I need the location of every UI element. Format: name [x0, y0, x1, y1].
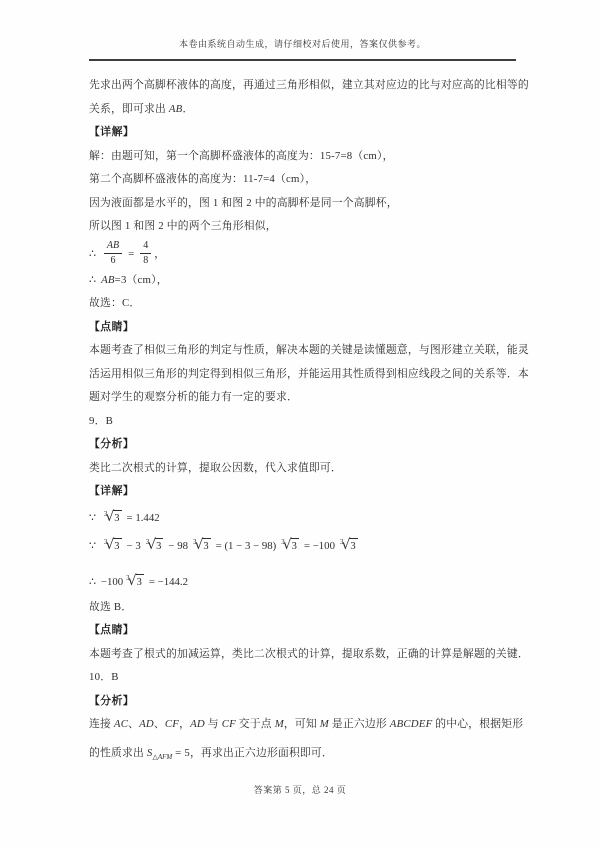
text-segment: − 3 [127, 540, 141, 552]
text-segment: 的中心，根据矩形 [432, 718, 523, 730]
text-segment: = 5，再求出正六边形面积即可． [172, 747, 333, 759]
cube-root-of-3: 3√3 [281, 538, 299, 553]
note1-line-3: 题对学生的观察分析的能力有一定的要求． [89, 386, 516, 410]
question-10-answer: 10．B [89, 666, 516, 690]
radicand: 3 [113, 510, 121, 525]
text-segment: 、 [154, 718, 165, 730]
choose-answer-c: 故选：C． [89, 292, 516, 316]
text-segment: 与 [205, 718, 222, 730]
text-segment: = −100 [304, 540, 335, 552]
text-segment: = −144.2 [149, 576, 188, 588]
header-rule [89, 59, 516, 61]
intro-line-1: 先求出两个高脚杯液体的高度，再通过三角形相似，建立其对应边的比与对应高的比相等的 [89, 74, 516, 98]
text-segment: 关系，即可求出 [89, 103, 169, 115]
note2-text: 本题考查了根式的加减运算，类比二次根式的计算，提取系数，正确的计算是解题的关键． [89, 643, 516, 667]
radicand: 3 [349, 538, 357, 553]
cube-root-of-3: 3√3 [193, 538, 211, 553]
q10-analysis-line-2: 的性质求出 S△AFM = 5，再求出正六边形面积即可． [89, 740, 516, 770]
cube-root-of-3: 3√3 [104, 538, 122, 553]
radicand: 3 [113, 538, 121, 553]
note-label-2: 【点睛】 [89, 619, 516, 643]
math-variable: CF [222, 718, 236, 730]
fraction-numerator: AB [104, 240, 122, 254]
fraction-4-over-8: 48 [140, 240, 151, 267]
text-segment: ． [182, 103, 193, 115]
math-variable: M [320, 718, 329, 730]
math-variable: ABCDEF [390, 718, 433, 730]
math-variable: AB [101, 274, 115, 286]
text-segment: 交于点 [236, 718, 275, 730]
solution-line-3: 因为液面都是水平的，图 1 和图 2 中的高脚杯是同一个高脚杯， [89, 192, 516, 216]
math-root-result-line: ∴ −100 3√3 = −144.2 [89, 568, 516, 596]
text-segment: =3（cm）， [115, 274, 168, 286]
fraction-denominator: 8 [143, 254, 148, 267]
therefore-symbol: ∴ [89, 247, 96, 260]
math-variable: M [275, 718, 284, 730]
therefore-symbol: ∴ [89, 274, 96, 286]
fraction-numerator: 4 [140, 240, 151, 254]
radicand: 3 [155, 538, 163, 553]
text-segment: 是正六边形 [329, 718, 390, 730]
text-segment: ，可知 [284, 718, 320, 730]
radicand: 3 [291, 538, 299, 553]
note1-line-1: 本题考查了相似三角形的判定与性质，解决本题的关键是读懂题意，与图形建立关联，能灵 [89, 339, 516, 363]
radicand: 3 [136, 574, 144, 589]
because-symbol: ∵ [89, 511, 96, 524]
text-segment: ， [179, 718, 190, 730]
text-segment: = 1.442 [127, 512, 160, 524]
intro-line-2: 关系，即可求出 AB． [89, 98, 516, 122]
radicand: 3 [202, 538, 210, 553]
choose-answer-b: 故选 B． [89, 596, 516, 620]
analysis-label-2: 【分析】 [89, 690, 516, 714]
math-variable: AD [190, 718, 205, 730]
text-segment: 、 [128, 718, 139, 730]
text-segment: 连接 [89, 718, 114, 730]
math-variable: AB [169, 103, 183, 115]
fraction-ab-over-6: AB6 [104, 240, 122, 267]
note-label-1: 【点睛】 [89, 316, 516, 340]
analysis-9-text: 类比二次根式的计算，提取公因数，代入求值即可． [89, 457, 516, 481]
cube-root-of-3: 3√3 [104, 510, 122, 525]
analysis-label-1: 【分析】 [89, 433, 516, 457]
document-page: 本卷由系统自动生成，请仔细校对后使用，答案仅供参考。 先求出两个高脚杯液体的高度… [0, 0, 600, 848]
note1-line-2: 活运用相似三角形的判定得到相似三角形，并能运用其性质得到相应线段之间的关系等．本 [89, 363, 516, 387]
text-segment: ， [154, 246, 165, 261]
question-9-answer: 9．B [89, 410, 516, 434]
page-footer: 答案第 5 页，总 24 页 [0, 783, 600, 796]
cube-root-of-3: 3√3 [126, 574, 144, 589]
math-variable: AC [114, 718, 128, 730]
text-segment: 的性质求出 [89, 747, 147, 759]
because-symbol: ∵ [89, 539, 96, 552]
math-variable: CF [165, 718, 179, 730]
equals-sign: = [128, 248, 134, 260]
cube-root-of-3: 3√3 [146, 538, 164, 553]
math-variable: AB [107, 240, 119, 251]
math-variable: AD [139, 718, 154, 730]
detail-label-2: 【详解】 [89, 480, 516, 504]
text-segment: − 98 [168, 540, 188, 552]
detail-label-1: 【详解】 [89, 121, 516, 145]
cube-root-of-3: 3√3 [340, 538, 358, 553]
q10-analysis-line-1: 连接 AC、AD、CF，AD 与 CF 交于点 M，可知 M 是正六边形 ABC… [89, 713, 516, 737]
fraction-denominator: 6 [110, 254, 115, 267]
math-ab-result-line: ∴AB=3（cm）， [89, 269, 516, 293]
math-subscript: △AFM [153, 753, 173, 761]
text-segment: = (1 − 3 − 98) [216, 540, 277, 552]
document-body: 先求出两个高脚杯液体的高度，再通过三角形相似，建立其对应边的比与对应高的比相等的… [89, 74, 516, 770]
math-root-combine-line: ∵ 3√3 − 3 3√3 − 98 3√3 = (1 − 3 − 98) 3√… [89, 532, 516, 560]
text-segment: −100 [101, 576, 123, 588]
solution-line-4: 所以图 1 和图 2 中的两个三角形相似， [89, 215, 516, 239]
solution-line-1: 解：由题可知，第一个高脚杯盛液体的高度为：15-7=8（cm）， [89, 145, 516, 169]
math-proportion-line: ∴ AB6 = 48 ， [89, 239, 516, 269]
math-root-value-line: ∵ 3√3 = 1.442 [89, 504, 516, 532]
solution-line-2: 第二个高脚杯盛液体的高度为：11-7=4（cm）， [89, 168, 516, 192]
header-note: 本卷由系统自动生成，请仔细校对后使用，答案仅供参考。 [89, 36, 516, 52]
therefore-symbol: ∴ [89, 575, 96, 588]
